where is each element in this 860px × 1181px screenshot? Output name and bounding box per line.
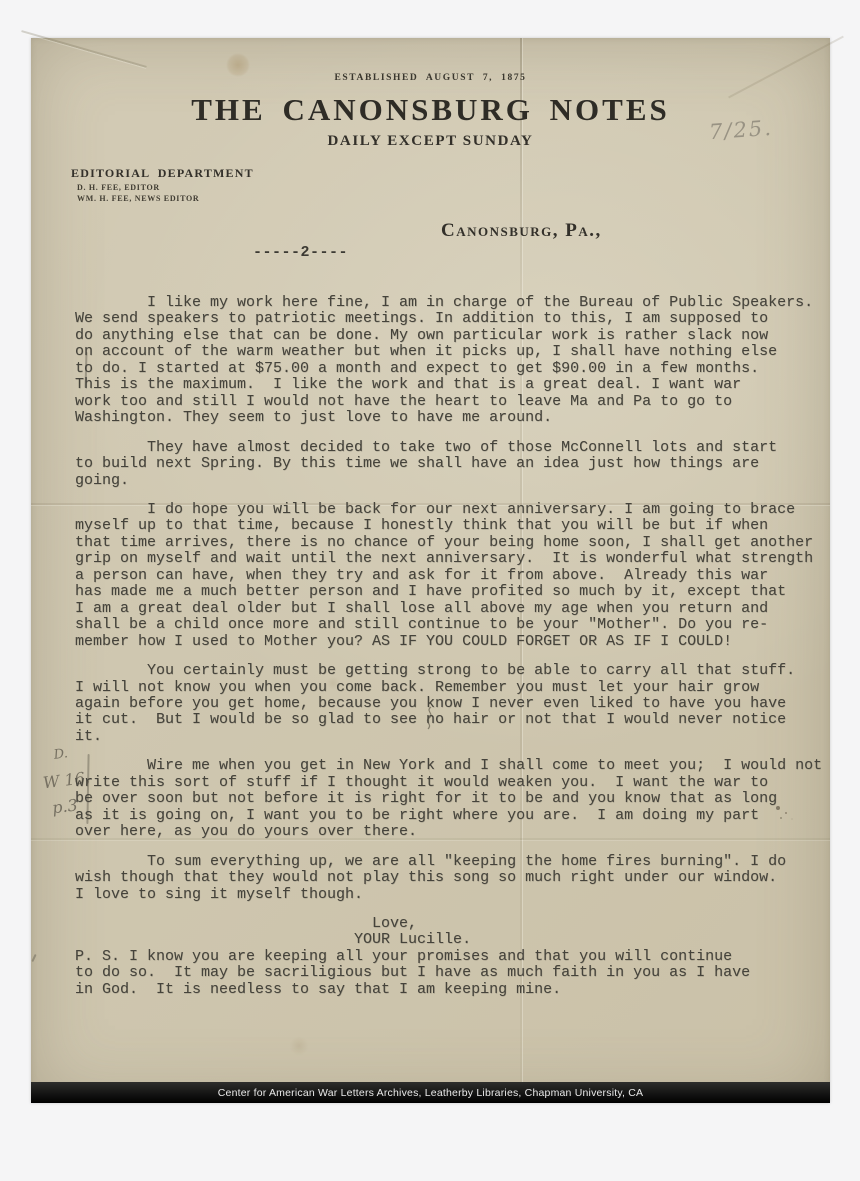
corner-wrinkle [21,30,147,68]
letter-scan: ESTABLISHED AUGUST 7, 1875 THE CANONSBUR… [31,38,830,1103]
paragraph-new-york: Wire me when you get in New York and I s… [75,758,845,840]
paragraph-anniversary: I do hope you will be back for our next … [75,502,845,650]
dateline: Canonsburg, Pa., [441,220,602,242]
handwritten-date-annotation: 7/25. [708,116,773,144]
page-number-marker: -----2---- [253,244,348,261]
corner-wrinkle [728,36,844,99]
established-line: ESTABLISHED AUGUST 7, 1875 [31,73,830,83]
attribution-text: Center for American War Letters Archives… [218,1087,644,1099]
closing-and-postscript: Love, YOUR Lucille. P. S. I know you are… [75,916,845,998]
news-editor-credit: WM. H. FEE, NEWS EDITOR [77,194,199,203]
editor-credit: D. H. FEE, EDITOR [77,183,160,192]
letter-body: I like my work here fine, I am in charge… [75,295,845,1011]
editorial-department-label: EDITORIAL DEPARTMENT [71,166,254,181]
paragraph-lots: They have almost decided to take two of … [75,440,845,489]
paragraph-work: I like my work here fine, I am in charge… [75,295,845,427]
paragraph-home-fires: To sum everything up, we are all "keepin… [75,854,845,903]
archive-attribution-bar: Center for American War Letters Archives… [31,1082,830,1103]
paragraph-hair: You certainly must be getting strong to … [75,663,845,745]
margin-pencil-stroke [31,954,36,962]
